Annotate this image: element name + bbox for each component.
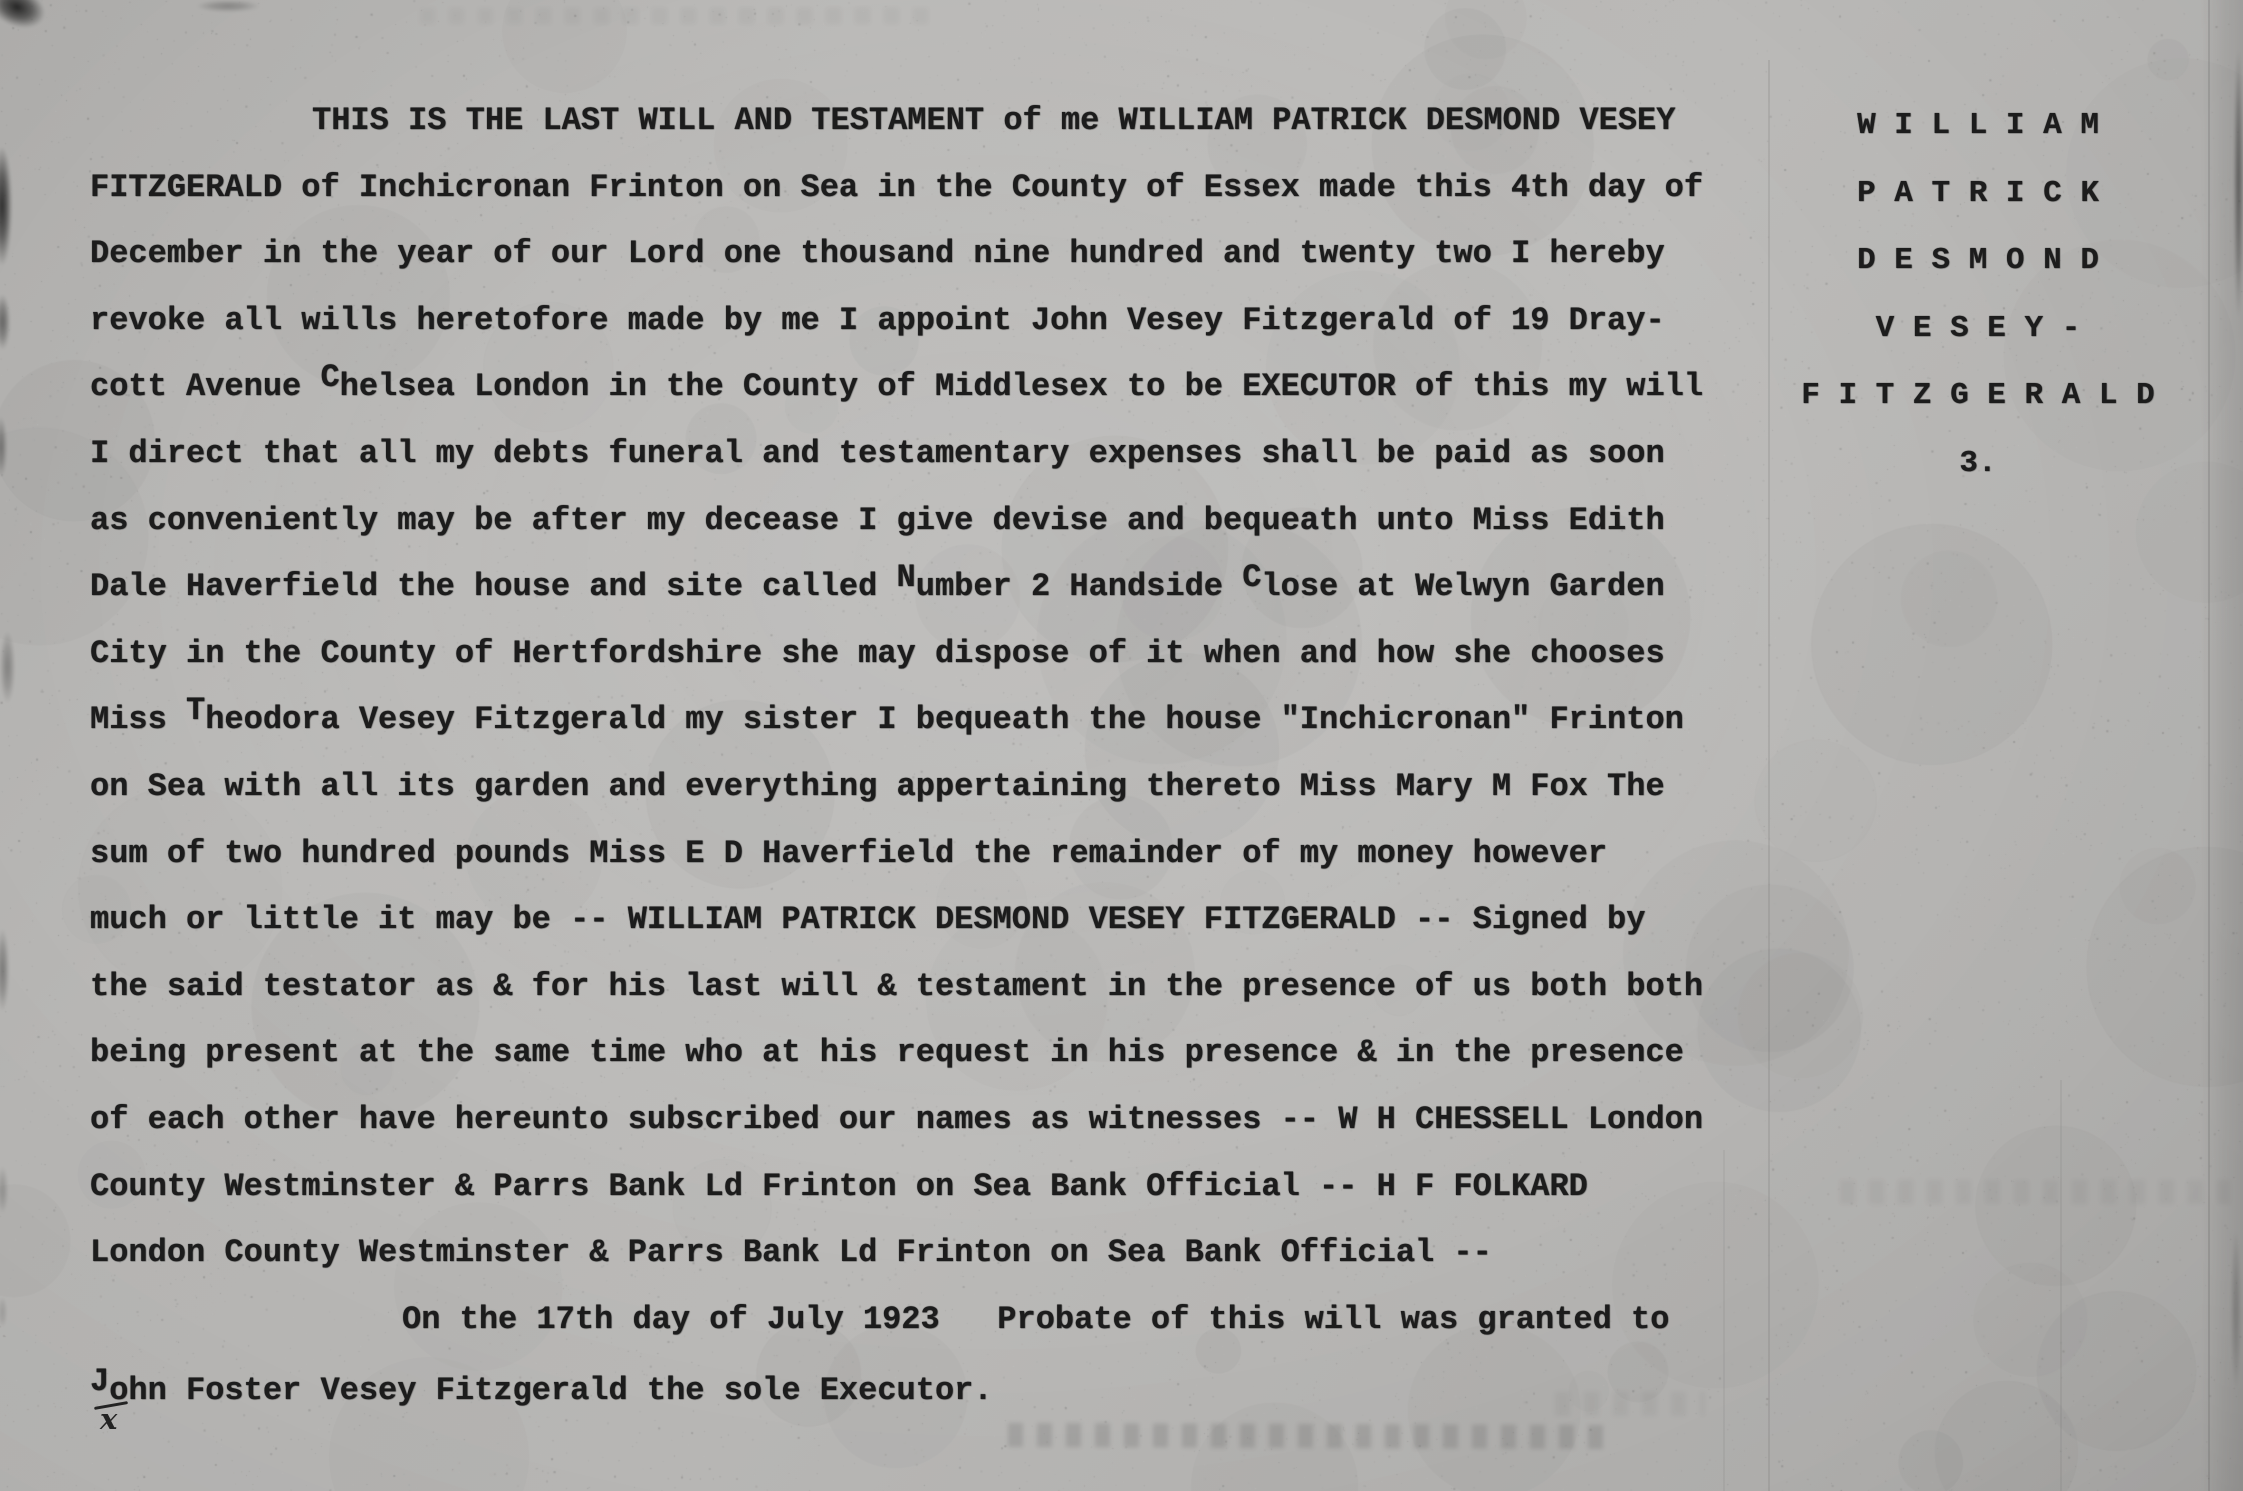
margin-annotation-line: 3. — [1770, 430, 2186, 498]
will-text-line: County Westminster & Parrs Bank Ld Frint… — [90, 1154, 1703, 1221]
margin-annotation-line: W I L L I A M — [1770, 92, 2186, 160]
margin-annotation: W I L L I A M P A T R I C K D E S M O N … — [1770, 92, 2186, 498]
will-text-line: Miss Theodora Vesey Fitzgerald my sister… — [90, 687, 1703, 754]
will-text-line: as conveniently may be after my decease … — [90, 488, 1703, 555]
will-text-line: of each other have hereunto subscribed o… — [90, 1087, 1703, 1154]
margin-annotation-line: D E S M O N D — [1770, 227, 2186, 295]
will-body-text: THIS IS THE LAST WILL AND TESTAMENT of m… — [90, 88, 1703, 1287]
will-text-line: revoke all wills heretofore made by me I… — [90, 288, 1703, 355]
probate-text-line: John Foster Vesey Fitzgerald the sole Ex… — [90, 1355, 1669, 1426]
will-text-line: cott Avenue Chelsea London in the County… — [90, 354, 1703, 421]
will-text-line: Dale Haverfield the house and site calle… — [90, 554, 1703, 621]
will-text-line: on Sea with all its garden and everythin… — [90, 754, 1703, 821]
will-text-line: being present at the same time who at hi… — [90, 1020, 1703, 1087]
x-mark-letter: x — [100, 1402, 117, 1436]
margin-annotation-line: P A T R I C K — [1770, 160, 2186, 228]
probate-clause: On the 17th day of July 1923 Probate of … — [90, 1284, 1669, 1426]
will-text-line: December in the year of our Lord one tho… — [90, 221, 1703, 288]
will-text-line: the said testator as & for his last will… — [90, 954, 1703, 1021]
will-text-line: much or little it may be -- WILLIAM PATR… — [90, 887, 1703, 954]
will-text-line: FITZGERALD of Inchicronan Frinton on Sea… — [90, 155, 1703, 222]
will-text-line: London County Westminster & Parrs Bank L… — [90, 1220, 1703, 1287]
document-page: THIS IS THE LAST WILL AND TESTAMENT of m… — [0, 0, 2243, 1491]
margin-annotation-line: F I T Z G E R A L D — [1770, 362, 2186, 430]
margin-annotation-line: V E S E Y - — [1770, 295, 2186, 363]
probate-text-line: On the 17th day of July 1923 Probate of … — [90, 1284, 1669, 1355]
will-text-line: City in the County of Hertfordshire she … — [90, 621, 1703, 688]
will-text-line: I direct that all my debts funeral and t… — [90, 421, 1703, 488]
will-text-line: sum of two hundred pounds Miss E D Haver… — [90, 821, 1703, 888]
handwritten-x-mark: x — [94, 1398, 138, 1442]
will-text-line: THIS IS THE LAST WILL AND TESTAMENT of m… — [90, 88, 1703, 155]
